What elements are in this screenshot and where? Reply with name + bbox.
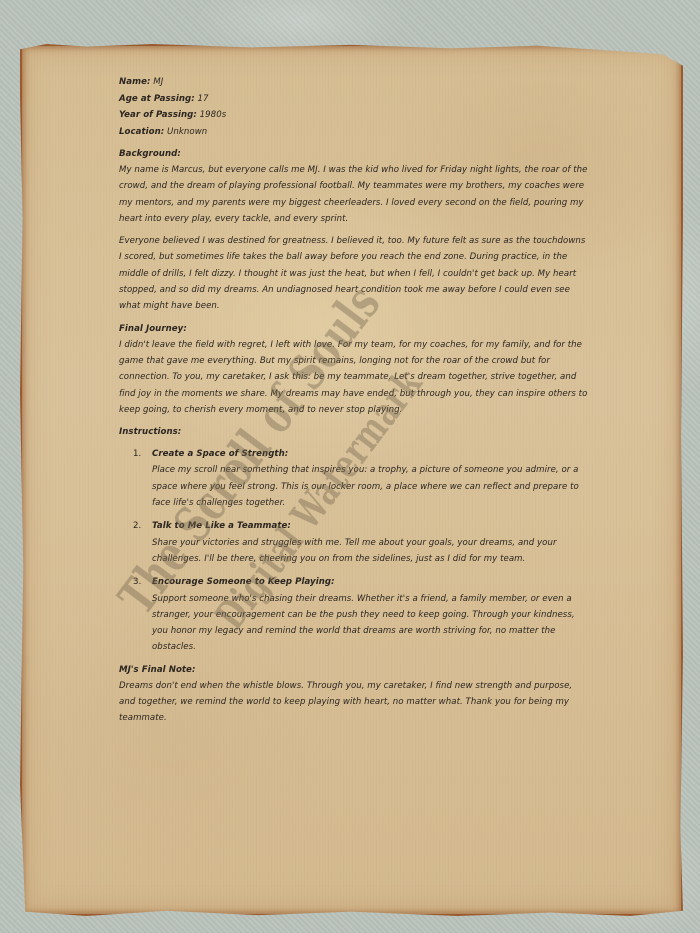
instruction-body: Place my scroll near something that insp… — [152, 462, 589, 511]
scroll-content: Name: MJ Age at Passing: 17 Year of Pass… — [119, 74, 589, 733]
meta-location: Location: Unknown — [119, 124, 589, 141]
instruction-number: 1. — [133, 446, 141, 462]
background-paragraph-2: Everyone believed I was destined for gre… — [119, 233, 589, 314]
instruction-number: 3. — [133, 574, 141, 590]
final-note-heading: MJ's Final Note: — [119, 663, 589, 678]
meta-label: Location: — [119, 127, 164, 137]
instructions-heading: Instructions: — [119, 425, 589, 440]
final-journey-text: I didn't leave the field with regret, I … — [119, 337, 589, 418]
meta-label: Year of Passing: — [119, 110, 197, 120]
scroll-meta: Name: MJ Age at Passing: 17 Year of Pass… — [119, 74, 589, 140]
instruction-item: 1. Create a Space of Strength: Place my … — [119, 446, 589, 511]
background-heading: Background: — [119, 147, 589, 162]
final-note-text: Dreams don't end when the whistle blows.… — [119, 678, 589, 727]
background-paragraph-1: My name is Marcus, but everyone calls me… — [119, 162, 589, 227]
instruction-title: Encourage Someone to Keep Playing: — [152, 574, 589, 590]
meta-value: 17 — [198, 94, 209, 104]
meta-label: Name: — [119, 77, 150, 87]
meta-value: 1980s — [200, 110, 227, 120]
instructions-list: 1. Create a Space of Strength: Place my … — [119, 446, 589, 656]
instruction-title: Talk to Me Like a Teammate: — [152, 518, 589, 534]
meta-age: Age at Passing: 17 — [119, 91, 589, 108]
meta-name: Name: MJ — [119, 74, 589, 91]
meta-value: MJ — [153, 77, 163, 87]
instruction-number: 2. — [133, 518, 141, 534]
final-journey-heading: Final Journey: — [119, 322, 589, 337]
instruction-title: Create a Space of Strength: — [152, 446, 589, 462]
meta-label: Age at Passing: — [119, 94, 195, 104]
instruction-body: Support someone who's chasing their drea… — [152, 591, 589, 656]
meta-value: Unknown — [167, 127, 207, 137]
instruction-body: Share your victories and struggles with … — [152, 535, 589, 568]
meta-year: Year of Passing: 1980s — [119, 107, 589, 124]
instruction-item: 2. Talk to Me Like a Teammate: Share you… — [119, 518, 589, 567]
instruction-item: 3. Encourage Someone to Keep Playing: Su… — [119, 574, 589, 655]
parchment-scroll: Name: MJ Age at Passing: 17 Year of Pass… — [20, 44, 683, 916]
